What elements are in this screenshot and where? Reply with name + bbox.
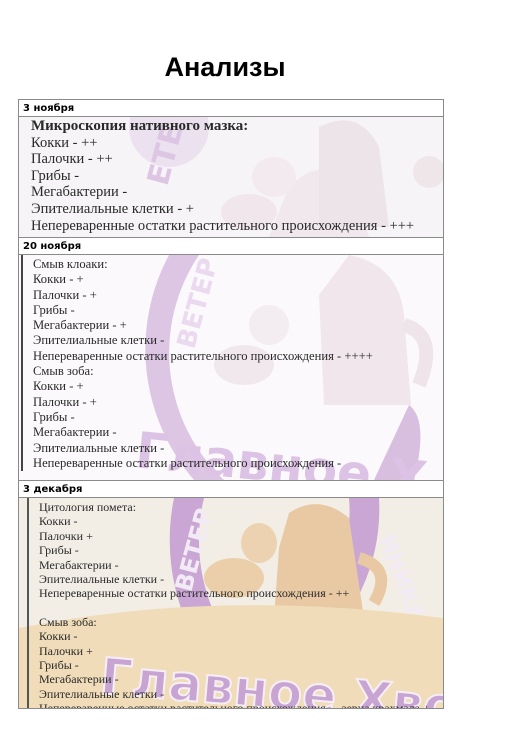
result-line: Мегабактерии -: [39, 558, 443, 572]
result-line: Мегабактерии -: [31, 184, 443, 201]
result-line: Грибы -: [33, 410, 443, 425]
section-date-3: 3 декабря: [19, 481, 443, 498]
result-line: Эпителиальные клетки -: [33, 333, 443, 348]
analyses-table: 3 ноября ЕТЕ Микроскопия нативного мазка…: [18, 99, 444, 709]
group-heading: Цитология помета:: [39, 500, 443, 514]
result-line: Непереваренные остатки растительного про…: [31, 218, 443, 235]
result-line: Эпителиальные клетки -: [39, 687, 443, 701]
result-line: Непереваренные остатки растительного про…: [33, 349, 443, 364]
result-line: Грибы -: [31, 168, 443, 185]
result-line: Кокки - ++: [31, 135, 443, 152]
result-line: Палочки - +: [33, 288, 443, 303]
scan-image-2: ВЕТЕР Главное Х Смыв клоаки: Кокки - + П…: [19, 255, 443, 481]
result-line: Непереваренные остатки растительного про…: [39, 586, 443, 600]
result-line: Мегабактерии - +: [33, 318, 443, 333]
result-line: Непереваренные остатки растительного про…: [33, 456, 443, 471]
result-line: Эпителиальные клетки - +: [31, 201, 443, 218]
result-line: Грибы -: [39, 543, 443, 557]
result-line: Эпителиальные клетки -: [33, 441, 443, 456]
section-date-2: 20 ноября: [19, 238, 443, 255]
result-line: Мегабактерии -: [39, 672, 443, 686]
page-title: Анализы: [0, 52, 450, 83]
result-line: Палочки - ++: [31, 151, 443, 168]
result-line: Грибы -: [39, 658, 443, 672]
group-heading: Смыв зоба:: [33, 364, 443, 379]
result-line: Грибы -: [33, 303, 443, 318]
group-heading: Микроскопия нативного мазка:: [31, 118, 443, 135]
result-line: Кокки - +: [33, 379, 443, 394]
result-line: Кокки - +: [33, 272, 443, 287]
result-line: Палочки +: [39, 529, 443, 543]
result-line: Мегабактерии -: [33, 425, 443, 440]
result-line: Кокки -: [39, 514, 443, 528]
group-heading: Смыв клоаки:: [33, 257, 443, 272]
scan-image-1: ЕТЕ Микроскопия нативного мазка: Кокки -…: [19, 117, 443, 238]
scan-image-3: ВЕТЕР ИНИКА Главное Хво Цитология помета…: [19, 498, 443, 708]
section-date-1: 3 ноября: [19, 100, 443, 117]
result-line: Кокки -: [39, 629, 443, 643]
result-line: Палочки - +: [33, 395, 443, 410]
result-line: Непереваренные остатки растительного про…: [39, 701, 443, 708]
group-heading: Смыв зоба:: [39, 615, 443, 629]
result-line: Эпителиальные клетки -: [39, 572, 443, 586]
result-line: Палочки +: [39, 644, 443, 658]
